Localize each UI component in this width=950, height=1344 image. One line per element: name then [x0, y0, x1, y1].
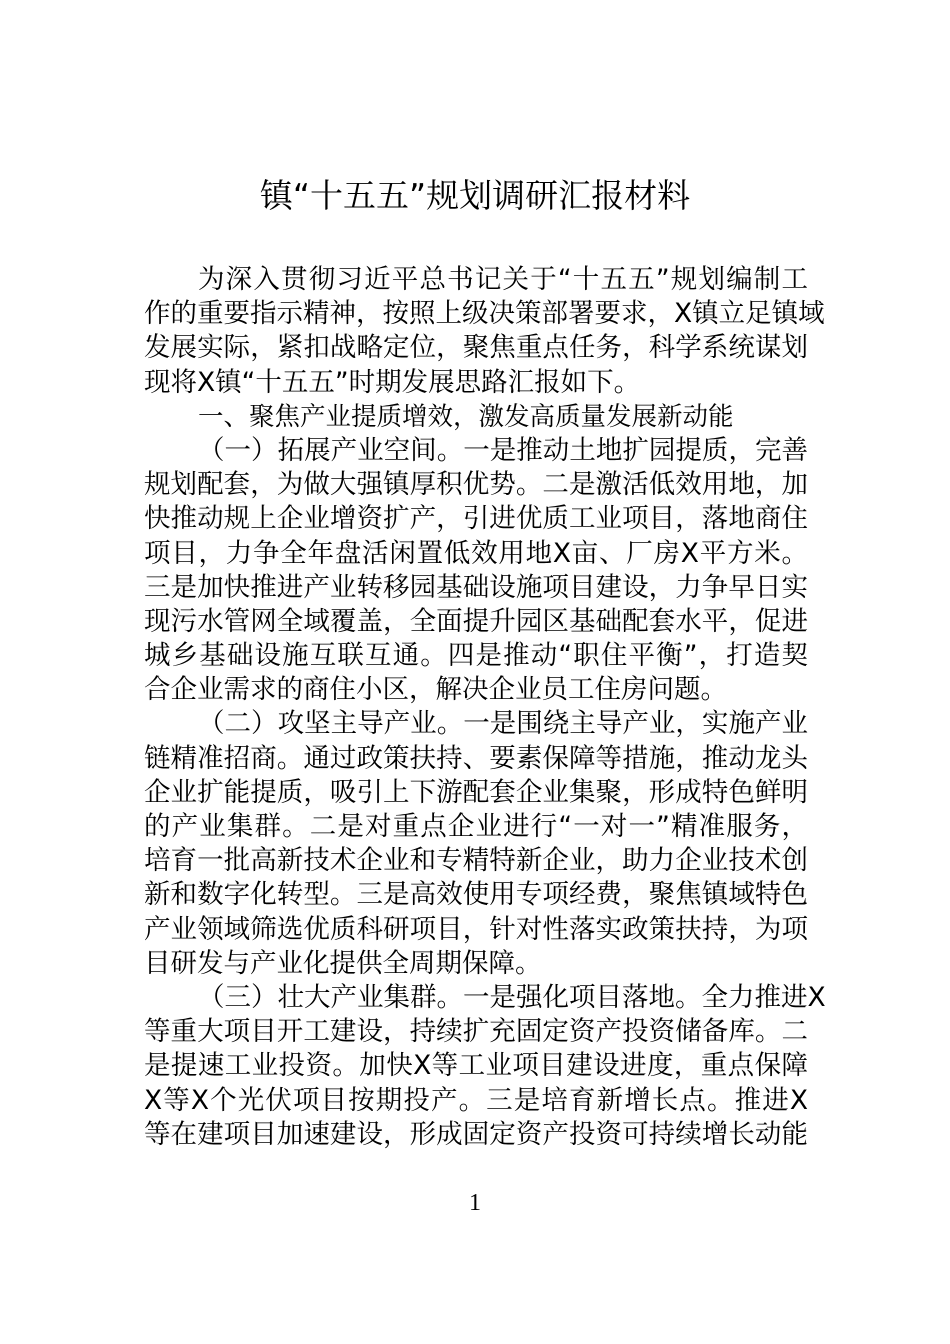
text-line: 现将X镇“十五五”时期发展思路汇报如下。 [144, 366, 808, 400]
paragraph-expand-industrial-space: （一）拓展产业空间。一是推动土地扩园提质，完善 规划配套，为做大强镇厚积优势。二… [144, 434, 808, 708]
text-line: 作的重要指示精神，按照上级决策部署要求，X镇立足镇域 [144, 297, 808, 331]
text-line: （二）攻坚主导产业。一是围绕主导产业，实施产业 [144, 707, 808, 741]
document-body: 为深入贯彻习近平总书记关于“十五五”规划编制工 作的重要指示精神，按照上级决策部… [144, 263, 808, 1152]
text-line: 等重大项目开工建设，持续扩充固定资产投资储备库。二 [144, 1015, 808, 1049]
document-title: 镇“十五五”规划调研汇报材料 [0, 172, 950, 220]
text-line: 链精准招商。通过政策扶持、要素保障等措施，推动龙头 [144, 742, 808, 776]
document-page: 镇“十五五”规划调研汇报材料 为深入贯彻习近平总书记关于“十五五”规划编制工 作… [0, 0, 950, 1344]
paragraph-leading-industry: （二）攻坚主导产业。一是围绕主导产业，实施产业 链精准招商。通过政策扶持、要素保… [144, 707, 808, 981]
text-line: 发展实际，紧扣战略定位，聚焦重点任务，科学系统谋划 [144, 331, 808, 365]
text-line: 产业领域筛选优质科研项目，针对性落实政策扶持，为项 [144, 913, 808, 947]
text-line: 的产业集群。二是对重点企业进行“一对一”精准服务， [144, 810, 808, 844]
page-number: 1 [0, 1188, 950, 1218]
text-line: X等X个光伏项目按期投产。三是培育新增长点。推进X [144, 1084, 808, 1118]
text-line: 企业扩能提质，吸引上下游配套企业集聚，形成特色鲜明 [144, 776, 808, 810]
section-heading: 一、聚焦产业提质增效，激发高质量发展新动能 [144, 400, 808, 434]
text-line: 是提速工业投资。加快X等工业项目建设进度，重点保障 [144, 1049, 808, 1083]
text-line: （三）壮大产业集群。一是强化项目落地。全力推进X [144, 981, 808, 1015]
text-line: 新和数字化转型。三是高效使用专项经费，聚焦镇域特色 [144, 878, 808, 912]
text-line: 为深入贯彻习近平总书记关于“十五五”规划编制工 [144, 263, 808, 297]
intro-paragraph: 为深入贯彻习近平总书记关于“十五五”规划编制工 作的重要指示精神，按照上级决策部… [144, 263, 808, 400]
text-line: 三是加快推进产业转移园基础设施项目建设，力争早日实 [144, 571, 808, 605]
text-line: 城乡基础设施互联互通。四是推动“职住平衡”，打造契 [144, 639, 808, 673]
text-line: 快推动规上企业增资扩产，引进优质工业项目，落地商住 [144, 502, 808, 536]
section-heading-text: 一、聚焦产业提质增效，激发高质量发展新动能 [144, 400, 808, 434]
text-line: 现污水管网全域覆盖，全面提升园区基础配套水平，促进 [144, 605, 808, 639]
paragraph-industrial-cluster: （三）壮大产业集群。一是强化项目落地。全力推进X 等重大项目开工建设，持续扩充固… [144, 981, 808, 1152]
text-line: 目研发与产业化提供全周期保障。 [144, 947, 808, 981]
text-line: 项目，力争全年盘活闲置低效用地X亩、厂房X平方米。 [144, 537, 808, 571]
text-line: 合企业需求的商住小区，解决企业员工住房问题。 [144, 673, 808, 707]
text-line: 等在建项目加速建设，形成固定资产投资可持续增长动能 [144, 1118, 808, 1152]
text-line: （一）拓展产业空间。一是推动土地扩园提质，完善 [144, 434, 808, 468]
text-line: 培育一批高新技术企业和专精特新企业，助力企业技术创 [144, 844, 808, 878]
text-line: 规划配套，为做大强镇厚积优势。二是激活低效用地，加 [144, 468, 808, 502]
